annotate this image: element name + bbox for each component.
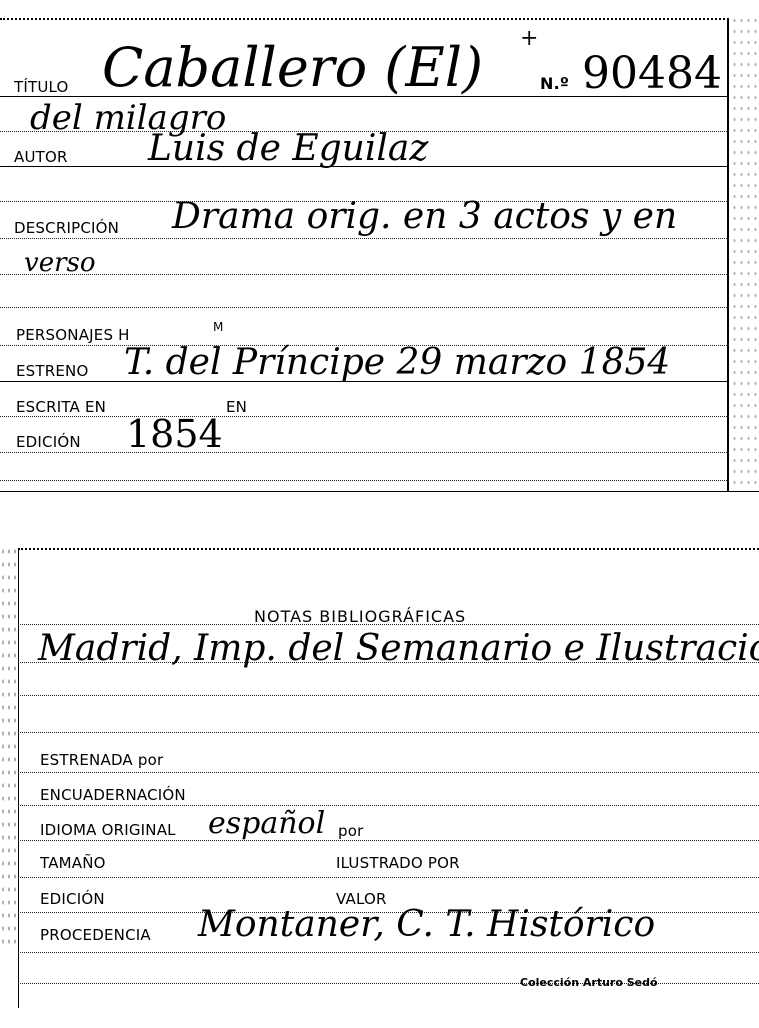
card-divider bbox=[0, 491, 759, 492]
rule-line bbox=[0, 274, 729, 275]
encuadernacion-label: ENCUADERNACIÓN bbox=[40, 786, 186, 804]
edicion-value: 1854 bbox=[126, 412, 223, 456]
rule-line bbox=[0, 480, 729, 481]
descripcion-label: DESCRIPCIÓN bbox=[14, 219, 119, 237]
personajes-m-label: M bbox=[213, 320, 224, 334]
rule-line bbox=[0, 416, 729, 417]
rule-line bbox=[18, 952, 759, 953]
rule-line bbox=[0, 452, 729, 453]
collection-credit: Colección Arturo Sedó bbox=[520, 976, 658, 989]
card-right-border bbox=[727, 18, 729, 492]
estrenada-label: ESTRENADA por bbox=[40, 751, 163, 769]
idioma-label: IDIOMA ORIGINAL bbox=[40, 821, 176, 839]
personajes-h-label: PERSONAJES H bbox=[16, 326, 130, 344]
rule-line bbox=[0, 238, 729, 239]
procedencia-value: Montaner, C. T. Histórico bbox=[198, 904, 655, 945]
estreno-value: T. del Príncipe 29 marzo 1854 bbox=[124, 342, 670, 383]
rule-line bbox=[18, 805, 759, 806]
descripcion-value-line1: Drama orig. en 3 actos y en bbox=[172, 196, 677, 237]
idioma-value: español bbox=[208, 806, 325, 841]
autor-label: AUTOR bbox=[14, 148, 68, 166]
idioma-por-label: por bbox=[338, 822, 363, 840]
edicion-label: EDICIÓN bbox=[40, 890, 105, 908]
descripcion-value-line2: verso bbox=[24, 248, 96, 278]
numero-value: 90484 bbox=[582, 48, 722, 99]
rule-line bbox=[18, 732, 759, 733]
notas-heading: NOTAS BIBLIOGRÁFICAS bbox=[254, 607, 466, 626]
tamano-label: TAMAÑO bbox=[40, 854, 106, 872]
catalog-card-front: TÍTULO Caballero (El) + N.º 90484 del mi… bbox=[0, 0, 759, 492]
estreno-label: ESTRENO bbox=[16, 362, 89, 380]
titulo-label: TÍTULO bbox=[14, 78, 69, 96]
rule-line bbox=[0, 307, 729, 308]
autor-value: Luis de Eguilaz bbox=[148, 128, 428, 169]
rule-line bbox=[18, 695, 759, 696]
rule-line bbox=[18, 840, 759, 841]
procedencia-label: PROCEDENCIA bbox=[40, 926, 151, 944]
ilustrado-label: ILUSTRADO POR bbox=[336, 854, 460, 872]
notas-value: Madrid, Imp. del Semanario e Ilustración bbox=[38, 628, 759, 669]
cross-mark: + bbox=[520, 26, 538, 51]
card-top-border bbox=[18, 548, 759, 550]
card-top-border bbox=[0, 18, 729, 20]
paper-edge-speckle bbox=[731, 15, 757, 485]
card-left-border bbox=[18, 550, 19, 1008]
edicion-label: EDICIÓN bbox=[16, 433, 81, 451]
en-label: EN bbox=[226, 398, 247, 416]
rule-line bbox=[18, 877, 759, 878]
numero-label: N.º bbox=[540, 74, 569, 93]
titulo-value-line1: Caballero (El) bbox=[102, 36, 483, 99]
paper-edge-speckle bbox=[0, 545, 16, 945]
rule-line bbox=[18, 772, 759, 773]
escrita-en-label: ESCRITA EN bbox=[16, 398, 106, 416]
catalog-card-back: NOTAS BIBLIOGRÁFICAS Madrid, Imp. del Se… bbox=[0, 540, 759, 1028]
